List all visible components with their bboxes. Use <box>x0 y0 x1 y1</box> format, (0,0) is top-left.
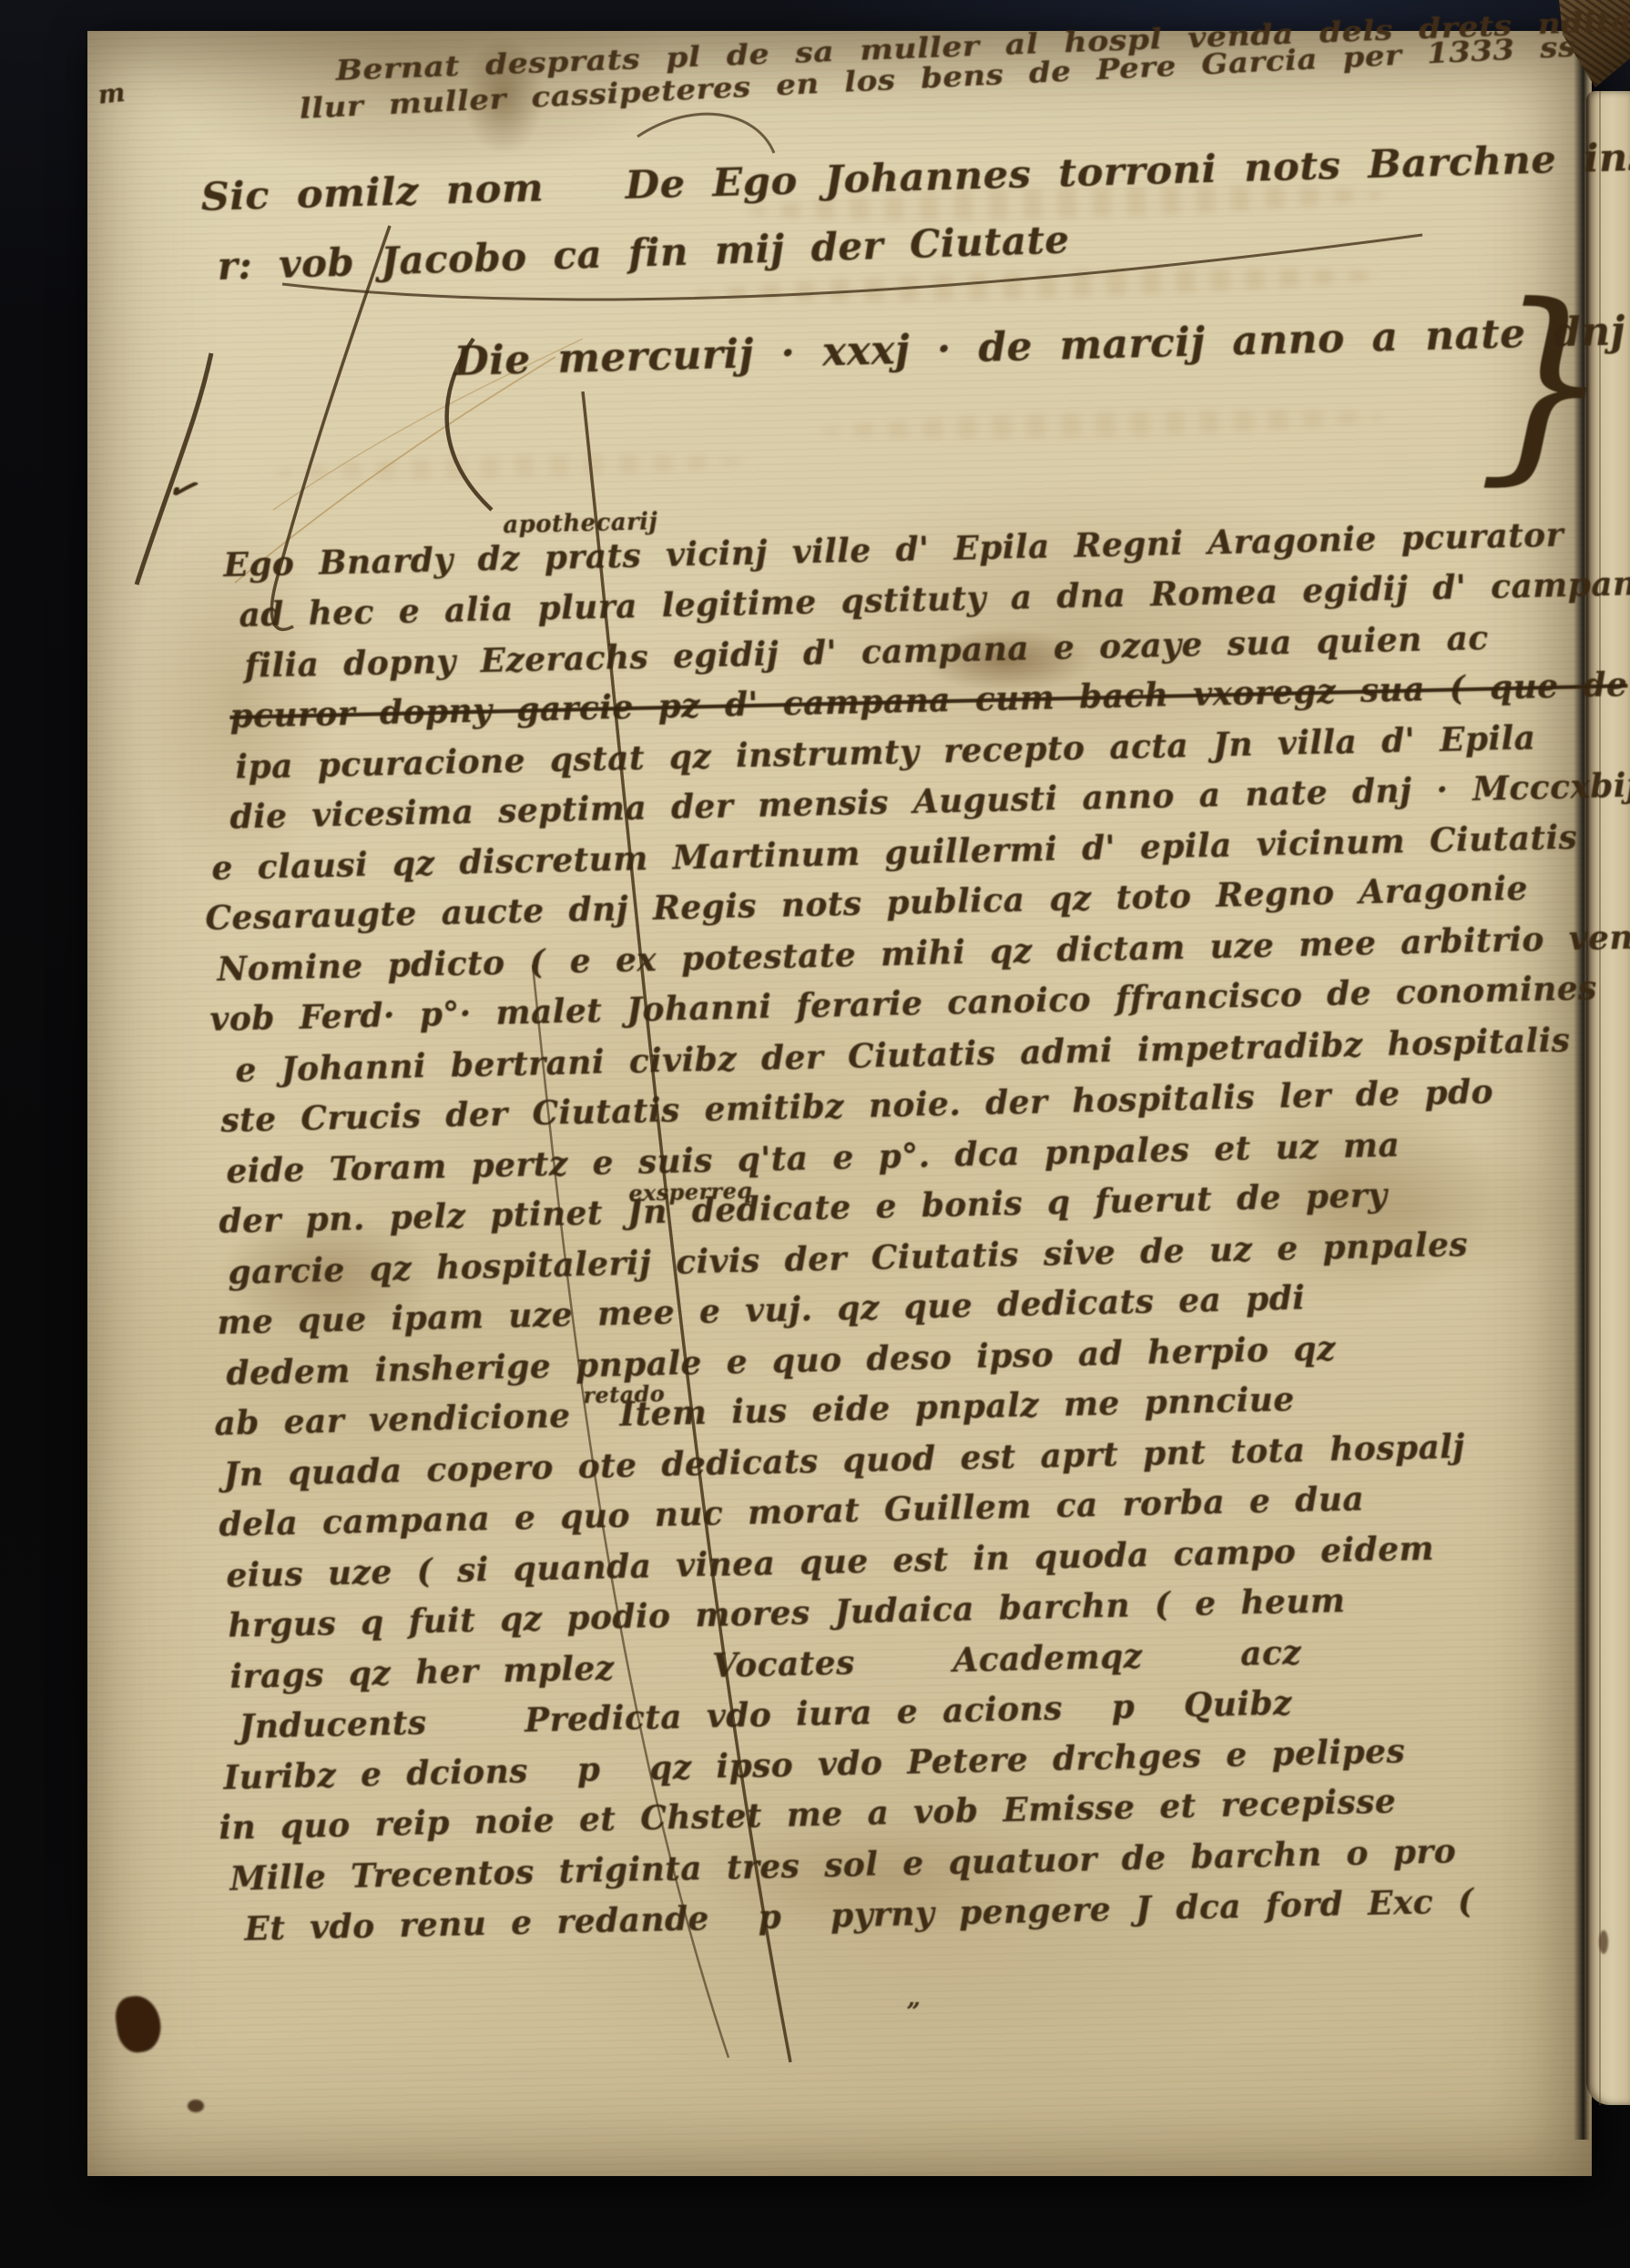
manuscript-photo: Bernat desprats pl de sa muller al hospl… <box>0 0 1630 2268</box>
interlined-word: exsperreq <box>628 1177 753 1206</box>
dateline-brace: } <box>1476 260 1614 506</box>
ink-speck <box>188 2100 204 2112</box>
ink-speck <box>1599 1930 1608 1954</box>
interlined-word: retado <box>583 1380 665 1409</box>
margin-mark: „ <box>907 1985 921 2012</box>
interlined-word: apothecarij <box>503 508 658 539</box>
margin-mark: m <box>97 77 127 110</box>
